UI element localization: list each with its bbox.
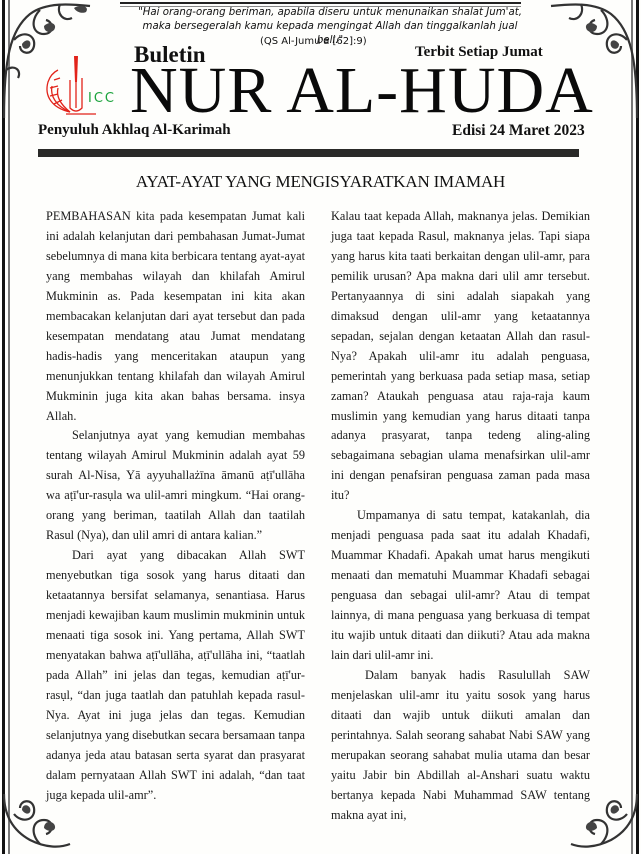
page-border-left [0, 0, 14, 854]
paragraph: PEMBAHASAN kita pada kesempatan Jumat ka… [46, 207, 305, 426]
svg-text:ICC: ICC [88, 91, 116, 106]
header-divider-bar [38, 149, 579, 157]
paragraph: Dalam banyak hadis Rasulullah SAW menjel… [331, 666, 590, 826]
icc-logo-icon: ICC [40, 52, 130, 117]
quote-reference: (QS Al-Jumu'a [62]:9) [260, 36, 367, 47]
edition-date: Edisi 24 Maret 2023 [452, 122, 585, 140]
paragraph: Umpamanya di satu tempat, katakanlah, di… [331, 506, 590, 666]
paragraph: Dari ayat yang dibacakan Allah SWT menye… [46, 546, 305, 805]
paragraph: Selanjutnya ayat yang kemudian membahas … [46, 426, 305, 546]
paragraph: Kalau taat kepada Allah, maknanya jelas.… [331, 207, 590, 506]
article-column-left: PEMBAHASAN kita pada kesempatan Jumat ka… [46, 207, 305, 806]
article-column-right: Kalau taat kepada Allah, maknanya jelas.… [331, 207, 590, 826]
article-title: AYAT-AYAT YANG MENGISYARATKAN IMAMAH [0, 172, 641, 192]
page-border-right [627, 0, 641, 854]
masthead-title: NUR AL-HUDA [130, 58, 594, 124]
tagline: Penyuluh Akhlaq Al-Karimah [38, 122, 231, 139]
quote-line-1: "Hai orang-orang beriman, apabila diseru… [130, 6, 530, 20]
